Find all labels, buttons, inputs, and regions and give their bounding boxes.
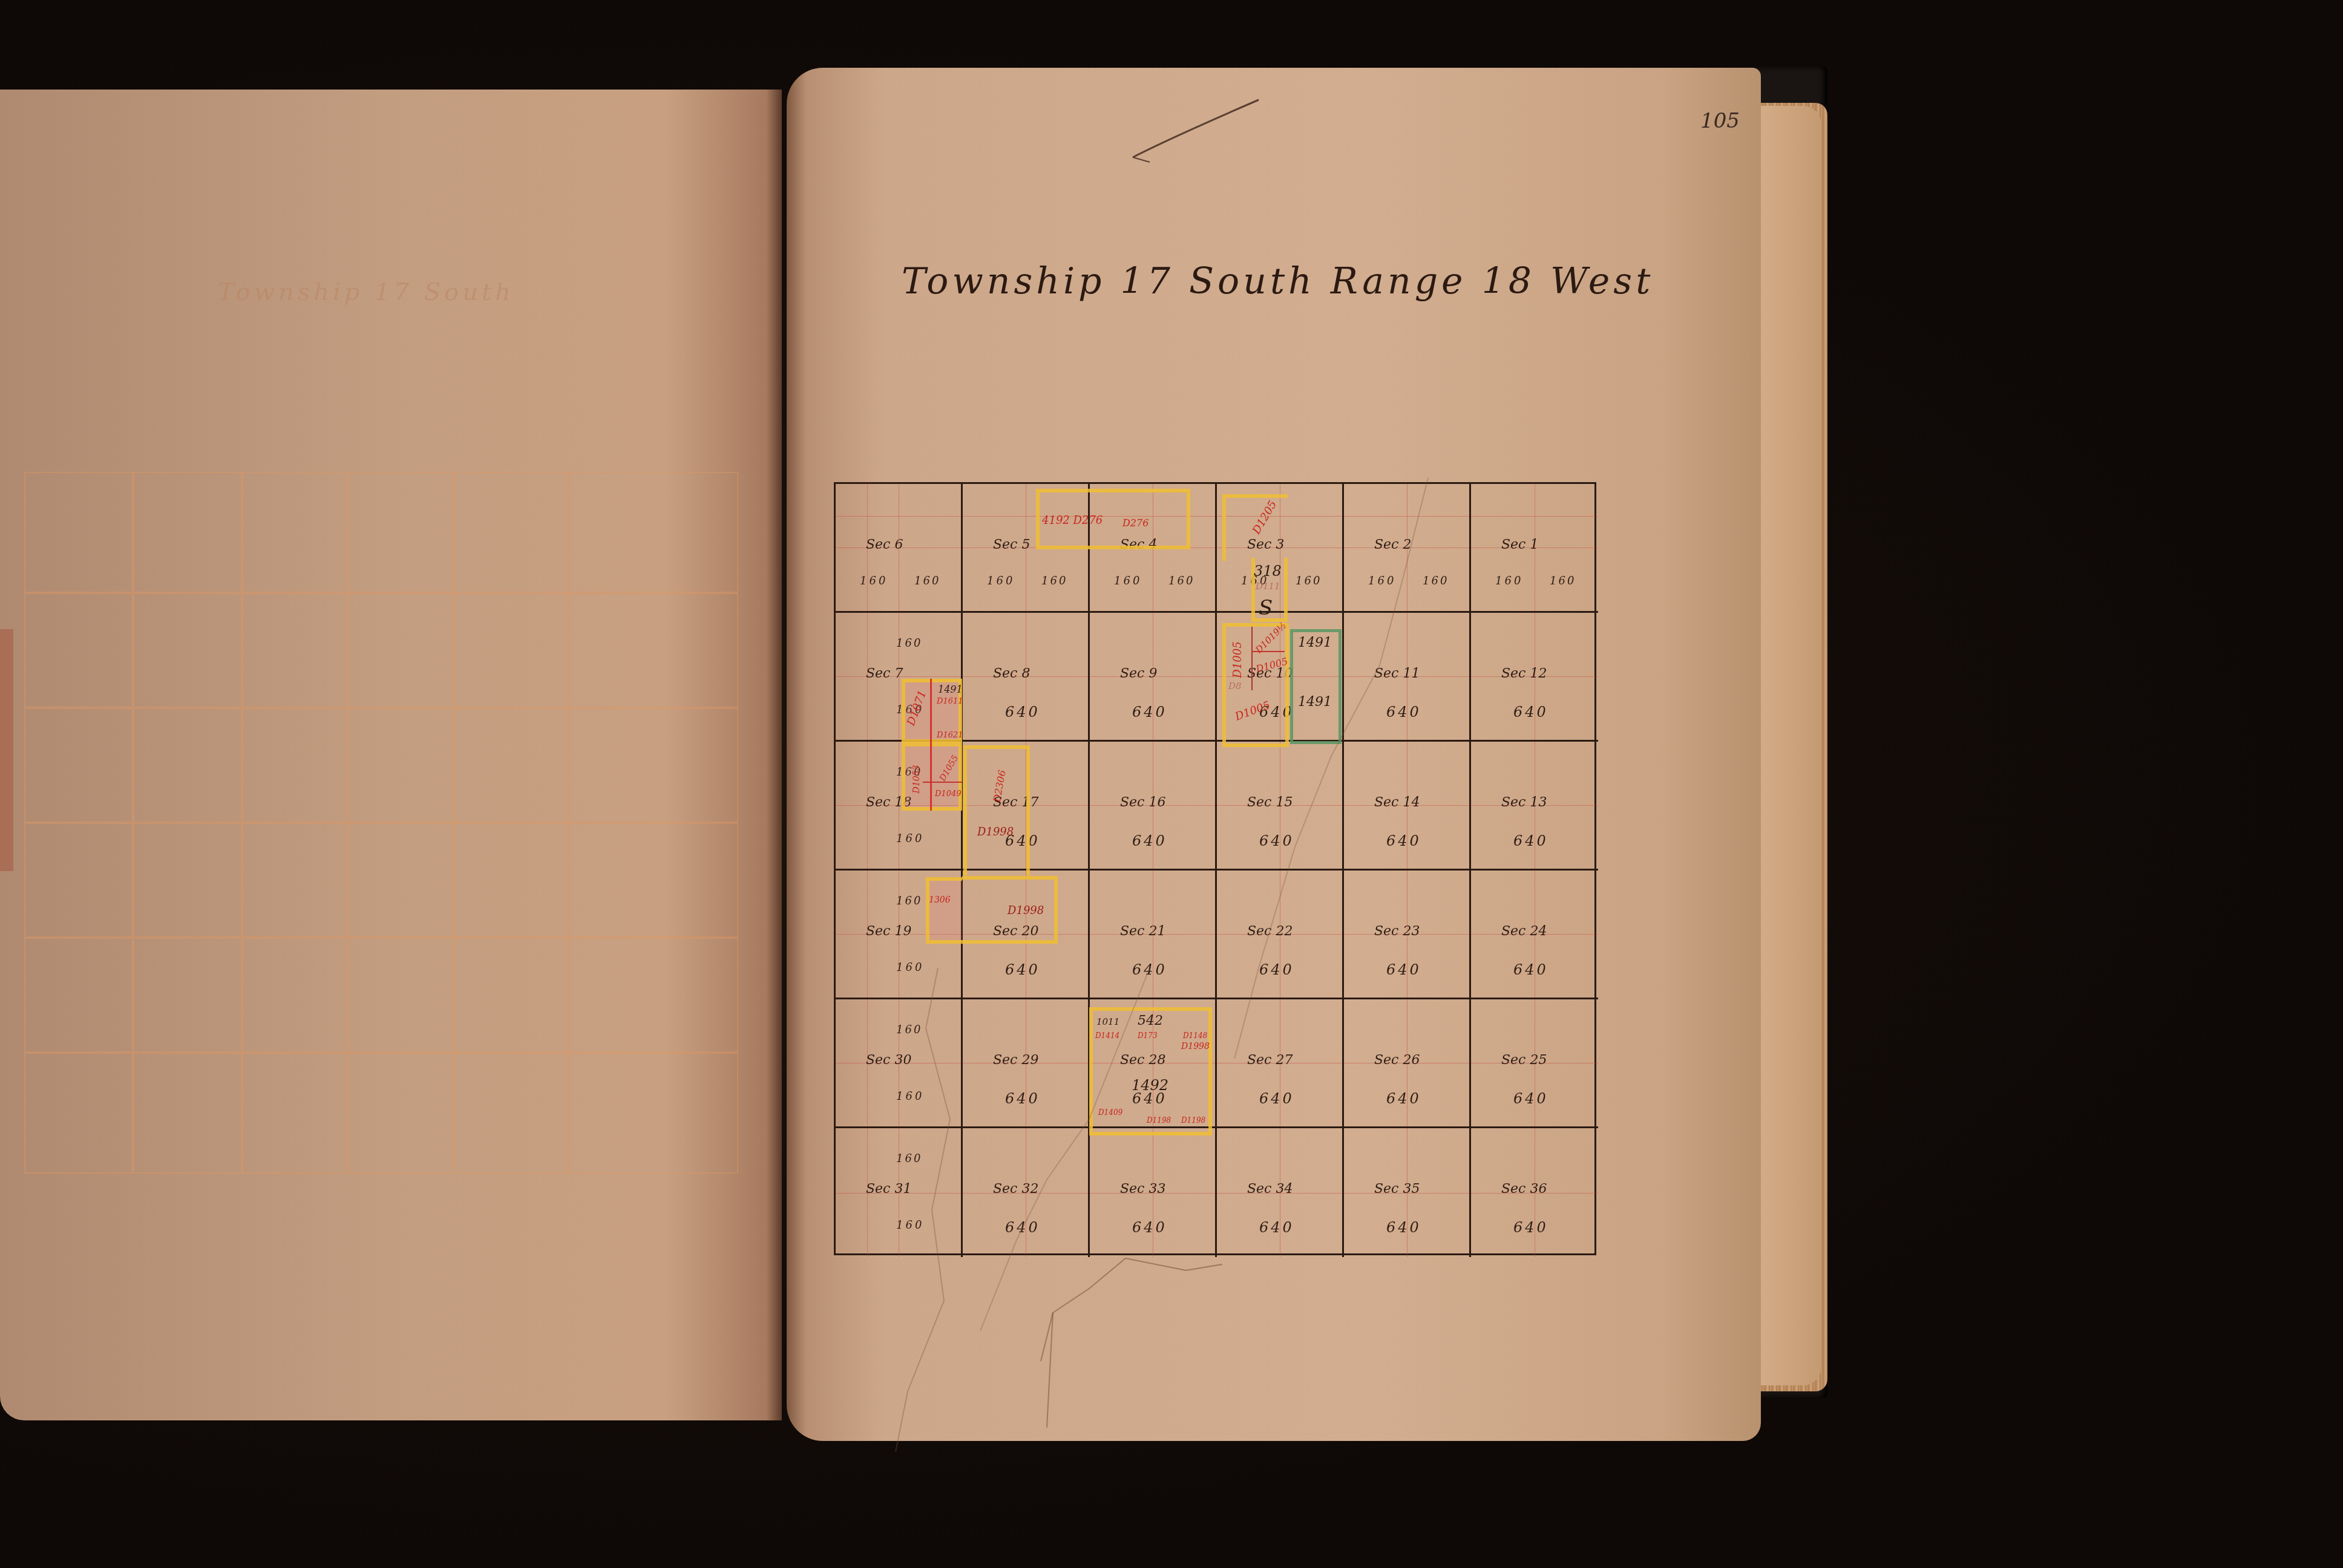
- left-grid-cell: [348, 823, 454, 938]
- left-grid-cell: [242, 708, 348, 823]
- left-grid-cell: [454, 708, 569, 823]
- left-grid-cell: [133, 1053, 242, 1174]
- left-page-faint-grid: [24, 472, 738, 1258]
- left-grid-cell: [133, 938, 242, 1053]
- left-grid-cell: [348, 1053, 454, 1174]
- page-number: 105: [1700, 109, 1740, 133]
- left-grid-cell: [454, 823, 569, 938]
- left-grid-cell: [242, 472, 348, 593]
- left-page-bleedthrough-title: Township 17 South: [218, 278, 514, 306]
- left-grid-cell: [24, 823, 133, 938]
- left-grid-cell: [133, 823, 242, 938]
- left-grid-cell: [242, 1053, 348, 1174]
- left-grid-cell: [24, 1053, 133, 1174]
- left-grid-cell: [569, 472, 738, 593]
- left-grid-cell: [24, 472, 133, 593]
- left-grid-cell: [242, 593, 348, 708]
- left-grid-cell: [133, 593, 242, 708]
- paper-crack: [787, 423, 1755, 1452]
- left-grid-cell: [348, 472, 454, 593]
- left-grid-cell: [133, 472, 242, 593]
- left-grid-cell: [24, 938, 133, 1053]
- left-grid-cell: [569, 938, 738, 1053]
- left-grid-cell: [569, 708, 738, 823]
- left-grid-cell: [348, 938, 454, 1053]
- page-title: Township 17 South Range 18 West: [902, 260, 1654, 302]
- left-grid-cell: [242, 823, 348, 938]
- left-grid-cell: [348, 593, 454, 708]
- left-grid-cell: [24, 708, 133, 823]
- left-grid-cell: [569, 1053, 738, 1174]
- left-grid-cell: [133, 708, 242, 823]
- left-grid-cell: [242, 938, 348, 1053]
- pencil-check-mark: [1132, 97, 1265, 163]
- left-grid-cell: [454, 938, 569, 1053]
- left-grid-cell: [569, 593, 738, 708]
- left-grid-cell: [454, 472, 569, 593]
- left-grid-cell: [348, 708, 454, 823]
- left-grid-cell: [569, 823, 738, 938]
- left-grid-cell: [454, 1053, 569, 1174]
- left-page-edge-stain: [0, 629, 13, 871]
- left-grid-cell: [454, 593, 569, 708]
- left-grid-cell: [24, 593, 133, 708]
